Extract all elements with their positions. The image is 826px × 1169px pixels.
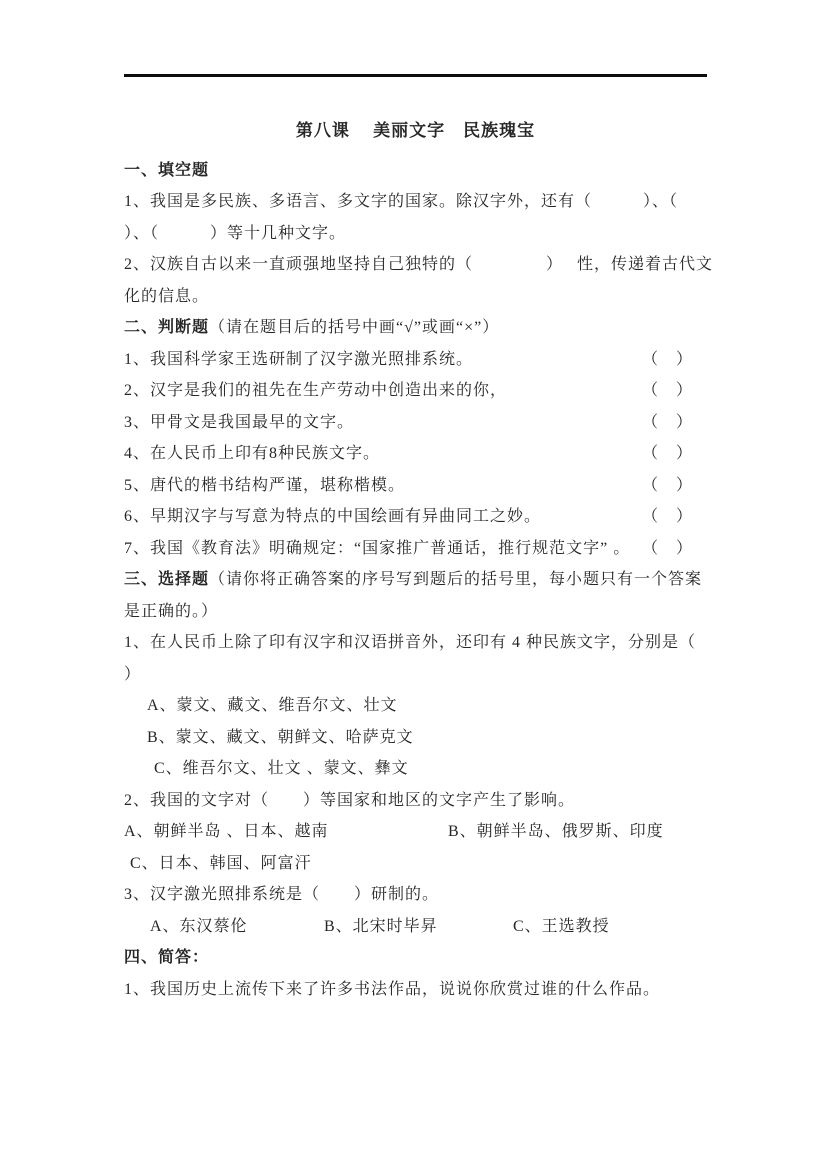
choice-q3-options-row: A、东汉蔡伦B、北宋时毕昇C、王选教授 [124,911,707,943]
judge-item-4: 4、在人民币上印有8种民族文字。（ ） [124,438,707,470]
top-rule [124,74,707,77]
section-choice-heading-title: 三、选择题 [124,571,209,588]
answer-bracket: （ ） [642,344,693,376]
judge-item-3: 3、甲骨文是我国最早的文字。（ ） [124,407,707,439]
section-choice-heading: 三、选择题（请你将正确答案的序号写到题后的括号里，每小题只有一个答案 [124,564,707,596]
worksheet-page: 第八课 美丽文字 民族瑰宝 一、填空题 1、我国是多民族、多语言、多文字的国家。… [0,0,826,1169]
answer-bracket: （ ） [642,438,693,470]
section-short-answer-heading: 四、简答： [124,942,707,974]
fill-in-q1-line1: 1、我国是多民族、多语言、多文字的国家。除汉字外，还有（ ）、（ [124,186,707,218]
fill-in-q1-line2: ）、（ ）等十几种文字。 [124,218,707,250]
page-title: 第八课 美丽文字 民族瑰宝 [124,115,707,147]
judge-item-text: 5、唐代的楷书结构严谨，堪称楷模。 [124,470,405,502]
choice-q2-option-c: C、日本、韩国、阿富汗 [124,848,707,880]
choice-q1-option-b: B、蒙文、藏文、朝鲜文、哈萨克文 [124,722,707,754]
fill-in-q2-line2: 化的信息。 [124,281,707,313]
section-judge-heading: 二、判断题（请在题目后的括号中画“√”或画“×”） [124,312,707,344]
answer-bracket: （ ） [642,407,693,439]
judge-item-text: 4、在人民币上印有8种民族文字。 [124,438,380,470]
judge-item-1: 1、我国科学家王选研制了汉字激光照排系统。（ ） [124,344,707,376]
choice-q1-option-a: A、蒙文、藏文、维吾尔文、壮文 [124,690,707,722]
judge-item-text: 7、我国《教育法》明确规定：“国家推广普通话，推行规范文字” 。 [124,533,630,565]
choice-q3-option-c: C、王选教授 [513,918,610,935]
section-judge-heading-note: （请在题目后的括号中画“√”或画“×”） [209,319,499,336]
choice-q3: 3、汉字激光照排系统是（ ）研制的。 [124,879,707,911]
choice-q2-options-row: A、朝鲜半岛 、日本、越南B、朝鲜半岛、俄罗斯、印度 [124,816,707,848]
judge-item-text: 2、汉字是我们的祖先在生产劳动中创造出来的你， [124,375,507,407]
choice-q3-option-b: B、北宋时毕昇 [324,911,513,943]
choice-q2-option-b: B、朝鲜半岛、俄罗斯、印度 [448,823,664,840]
choice-q2: 2、我国的文字对（ ）等国家和地区的文字产生了影响。 [124,785,707,817]
judge-item-5: 5、唐代的楷书结构严谨，堪称楷模。（ ） [124,470,707,502]
choice-q1-line1: 1、在人民币上除了印有汉字和汉语拼音外，还印有 4 种民族文字，分别是（ [124,627,707,659]
document-content: 第八课 美丽文字 民族瑰宝 一、填空题 1、我国是多民族、多语言、多文字的国家。… [124,115,707,1005]
judge-item-text: 3、甲骨文是我国最早的文字。 [124,407,354,439]
judge-item-7: 7、我国《教育法》明确规定：“国家推广普通话，推行规范文字” 。（ ） [124,533,707,565]
choice-q1-line2: ） [124,659,707,691]
judge-item-text: 6、早期汉字与写意为特点的中国绘画有异曲同工之妙。 [124,501,541,533]
answer-bracket: （ ） [642,533,693,565]
section-fill-in-heading: 一、填空题 [124,155,707,187]
section-choice-heading-note: （请你将正确答案的序号写到题后的括号里，每小题只有一个答案 [209,571,702,588]
answer-bracket: （ ） [642,501,693,533]
short-answer-q1: 1、我国历史上流传下来了许多书法作品，说说你欣赏过谁的什么作品。 [124,974,707,1006]
section-judge-heading-title: 二、判断题 [124,319,209,336]
judge-item-2: 2、汉字是我们的祖先在生产劳动中创造出来的你，（ ） [124,375,707,407]
judge-item-6: 6、早期汉字与写意为特点的中国绘画有异曲同工之妙。（ ） [124,501,707,533]
choice-q2-option-a: A、朝鲜半岛 、日本、越南 [124,816,448,848]
answer-bracket: （ ） [642,375,693,407]
section-choice-heading-note2: 是正确的。） [124,596,707,628]
choice-q3-option-a: A、东汉蔡伦 [150,911,324,943]
choice-q1-option-c: C、维吾尔文、壮文 、蒙文、彝文 [124,753,707,785]
answer-bracket: （ ） [642,470,693,502]
fill-in-q2-line1: 2、汉族自古以来一直顽强地坚持自己独特的（ ） 性，传递着古代文 [124,249,707,281]
judge-item-text: 1、我国科学家王选研制了汉字激光照排系统。 [124,344,473,376]
